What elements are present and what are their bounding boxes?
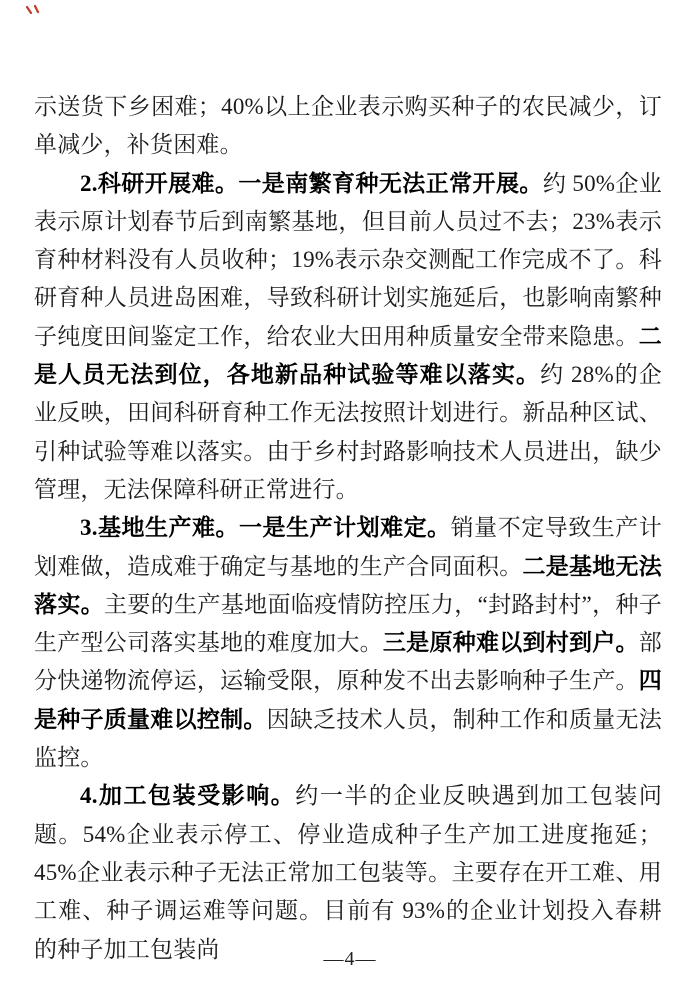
- text-run-emphasis: 3.基地生产难。一是生产计划难定。: [80, 515, 451, 540]
- text-run: 示送货下乡困难；40%以上企业表示购买种子的农民减少，订单减少，补货困难。: [34, 94, 662, 157]
- page-footer: —4—: [0, 948, 700, 971]
- text-run-emphasis: 4.加工包装受影响。: [80, 783, 295, 808]
- body-paragraph: 2.科研开展难。一是南繁育种无法正常开展。约 50%企业表示原计划春节后到南繁基…: [34, 165, 662, 510]
- text-run: 约 50%企业表示原计划春节后到南繁基地，但目前人员过不去；23%表示育种材料没…: [34, 171, 662, 349]
- text-run-emphasis: 三是原种难以到村到户。: [383, 630, 639, 655]
- text-run-emphasis: 2.科研开展难。一是南繁育种无法正常开展。: [80, 171, 543, 196]
- document-page: 示送货下乡困难；40%以上企业表示购买种子的农民减少，订单减少，补货困难。2.科…: [0, 0, 700, 1004]
- page-number: —4—: [324, 948, 377, 970]
- body-paragraph: 3.基地生产难。一是生产计划难定。销量不定导致生产计划难做，造成难于确定与基地的…: [34, 509, 662, 777]
- red-ink-mark: [25, 4, 41, 18]
- body-paragraph: 示送货下乡困难；40%以上企业表示购买种子的农民减少，订单减少，补货困难。: [34, 88, 662, 165]
- document-body: 示送货下乡困难；40%以上企业表示购买种子的农民减少，订单减少，补货困难。2.科…: [34, 88, 662, 969]
- body-paragraph: 4.加工包装受影响。约一半的企业反映遇到加工包装问题。54%企业表示停工、停业造…: [34, 777, 662, 968]
- text-run: 约一半的企业反映遇到加工包装问题。54%企业表示停工、停业造成种子生产加工进度拖…: [34, 783, 662, 961]
